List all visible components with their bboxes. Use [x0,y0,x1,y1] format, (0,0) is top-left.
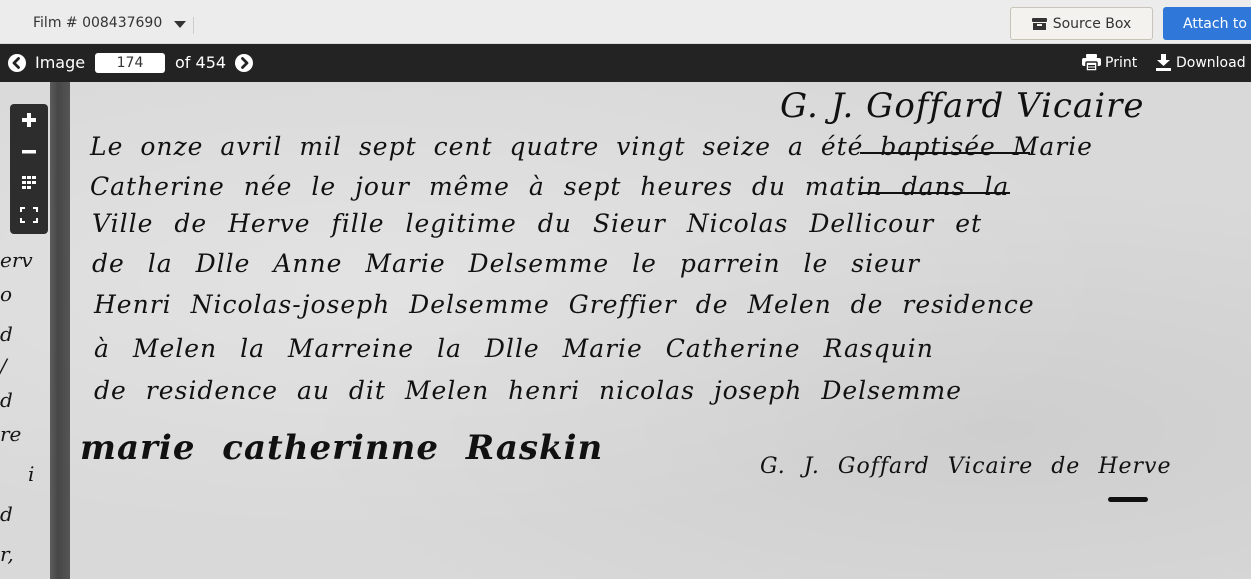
handwriting-fragment: d [0,502,13,526]
signature-top: G. J. Goffard Vicaire [780,86,1144,126]
download-button[interactable]: Download [1155,54,1246,71]
grid-icon [21,176,37,191]
plus-icon [21,112,37,128]
gallery-view-button[interactable] [10,167,48,199]
handwriting-fragment: r, [0,542,14,566]
image-total: of 454 [175,53,226,72]
chevron-down-icon [174,21,186,28]
handwriting-fragment: d [0,322,13,346]
record-line: Catherine née le jour même à sept heures… [90,172,1009,201]
handwriting-fragment: o [0,282,12,306]
record-line: de la Dlle Anne Marie Delsemme le parrei… [92,249,920,278]
fullscreen-button[interactable] [10,199,48,231]
handwriting-fragment: erv [0,248,33,272]
download-icon [1155,54,1172,71]
film-selector[interactable]: Film # 008437690 [33,15,186,31]
print-button[interactable]: Print [1082,54,1137,71]
record-line: à Melen la Marreine la Dlle Marie Cather… [94,334,934,363]
source-box-button[interactable]: Source Box [1010,7,1153,40]
strikethrough-mark [860,192,1010,194]
divider [193,17,194,34]
strikethrough-mark [860,152,1030,154]
expand-icon [20,207,38,223]
document-image-viewer[interactable]: erv o d / d re i d r, G. J. Goffard Vica… [0,82,1251,579]
handwriting-fragment: i [28,462,34,486]
record-line: Henri Nicolas-joseph Delsemme Greffier d… [94,290,1035,319]
archive-box-icon [1032,18,1047,30]
attach-label: Attach to Tree [1183,16,1251,32]
zoom-controls [10,104,48,234]
zoom-in-button[interactable] [10,104,48,136]
top-bar: Film # 008437690 Source Box Attach to Tr… [0,0,1251,44]
printer-icon [1082,54,1101,71]
chevron-left-icon [8,54,26,72]
signature-vicar: G. J. Goffard Vicaire de Herve [760,454,1172,479]
handwriting-fragment: d [0,388,13,412]
signature-godmother: marie catherinne Raskin [80,428,603,468]
previous-image-button[interactable] [8,54,26,72]
handwriting-fragment: / [0,354,7,378]
ink-flourish [1108,497,1148,502]
record-line: de residence au dit Melen henri nicolas … [94,376,962,405]
image-label: Image [35,53,85,72]
image-toolbar: Image of 454 Print Download [0,44,1251,82]
minus-icon [21,144,37,160]
image-number-input[interactable] [95,53,165,73]
page-binding [50,82,70,579]
record-line: Le onze avril mil sept cent quatre vingt… [90,132,1093,161]
zoom-out-button[interactable] [10,136,48,168]
download-label: Download [1176,55,1246,71]
source-box-label: Source Box [1053,16,1132,32]
handwriting-fragment: re [0,422,21,446]
record-line: Ville de Herve fille legitime du Sieur N… [92,209,982,238]
film-number: Film # 008437690 [33,15,162,31]
print-label: Print [1105,55,1137,71]
attach-to-tree-button[interactable]: Attach to Tree [1163,7,1251,40]
chevron-right-icon [235,54,253,72]
next-image-button[interactable] [235,54,253,72]
